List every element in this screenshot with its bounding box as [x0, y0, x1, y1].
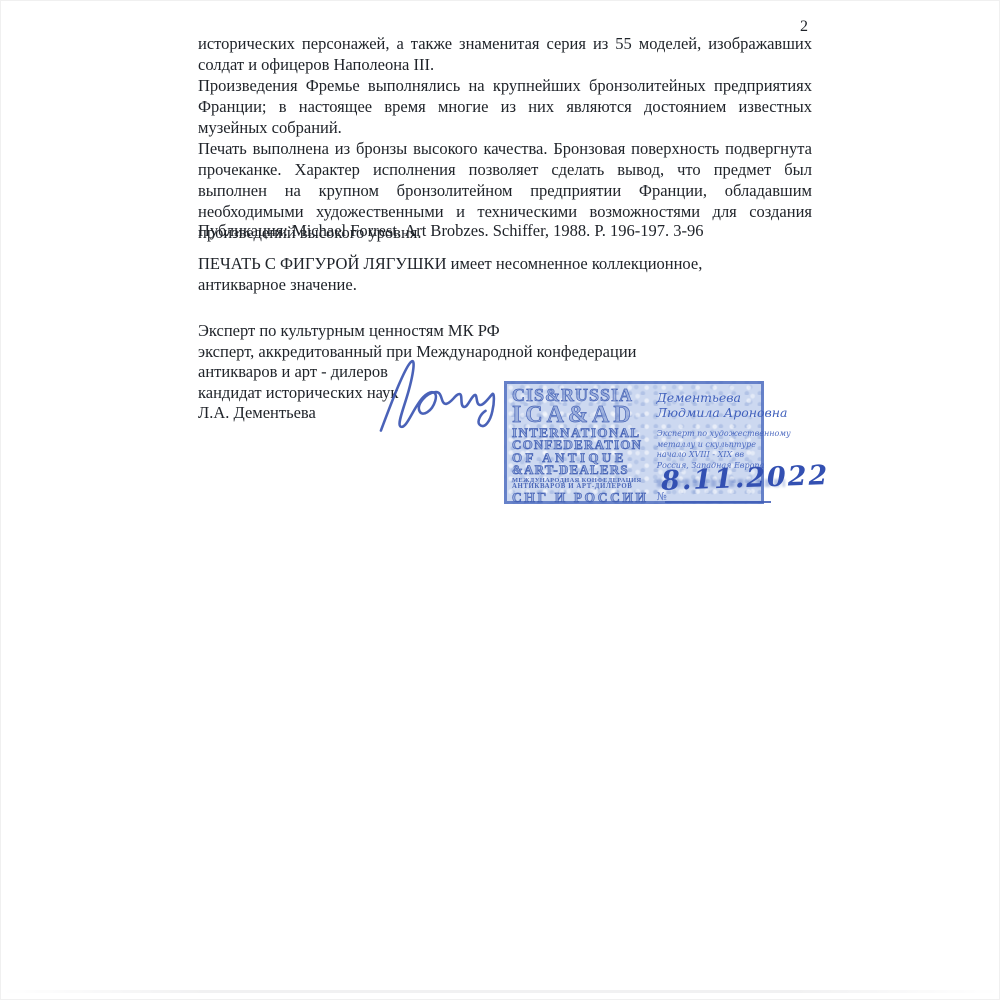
expert-line-title: Эксперт по культурным ценностям МК РФ [198, 321, 637, 342]
stamp-logo-block: CIS&RUSSIA ICA&AD INTERNATIONAL CONFEDER… [507, 384, 649, 501]
conclusion-text: ПЕЧАТЬ С ФИГУРОЙ ЛЯГУШКИ имеет несомненн… [198, 253, 776, 295]
stamp-expert-info: Дементьева Людмила Ароновна Эксперт по х… [649, 384, 793, 501]
stamp-expert-firstname: Людмила Ароновна [657, 406, 791, 421]
handwritten-signature [375, 351, 523, 447]
stamp-logo-art-dealers: &ART-DEALERS [512, 464, 649, 476]
stamp-specialty-line-2: металлу и скульптуре [657, 440, 791, 451]
stamp-logo-cis-and-russia-ru: СНГ И РОССИИ [512, 492, 649, 505]
document-page: 2 исторических персонажей, а также знаме… [0, 0, 1000, 1000]
stamp-specialty-line-1: Эксперт по художественному [657, 429, 791, 440]
page-bottom-shadow [1, 990, 999, 993]
publication-reference: Публикация: Michael Forrest. Art Brobzes… [198, 220, 812, 241]
stamp-expert-surname: Дементьева [657, 391, 791, 406]
stamp-date-area: № 8.11.2022 [657, 475, 791, 511]
body-text-block: исторических персонажей, а также знамени… [198, 33, 812, 243]
expert-stamp: CIS&RUSSIA ICA&AD INTERNATIONAL CONFEDER… [504, 381, 764, 504]
handwritten-date: 8.11.2022 [660, 460, 829, 497]
stamp-date-line [665, 501, 771, 503]
paragraph-models-series: исторических персонажей, а также знамени… [198, 33, 812, 75]
stamp-specialty-line-3: начало XVIII - XIX вв [657, 450, 791, 461]
stamp-logo-icaad: ICA&AD [512, 404, 649, 427]
paragraph-fremiet-works: Произведения Фремье выполнялись на крупн… [198, 75, 812, 138]
